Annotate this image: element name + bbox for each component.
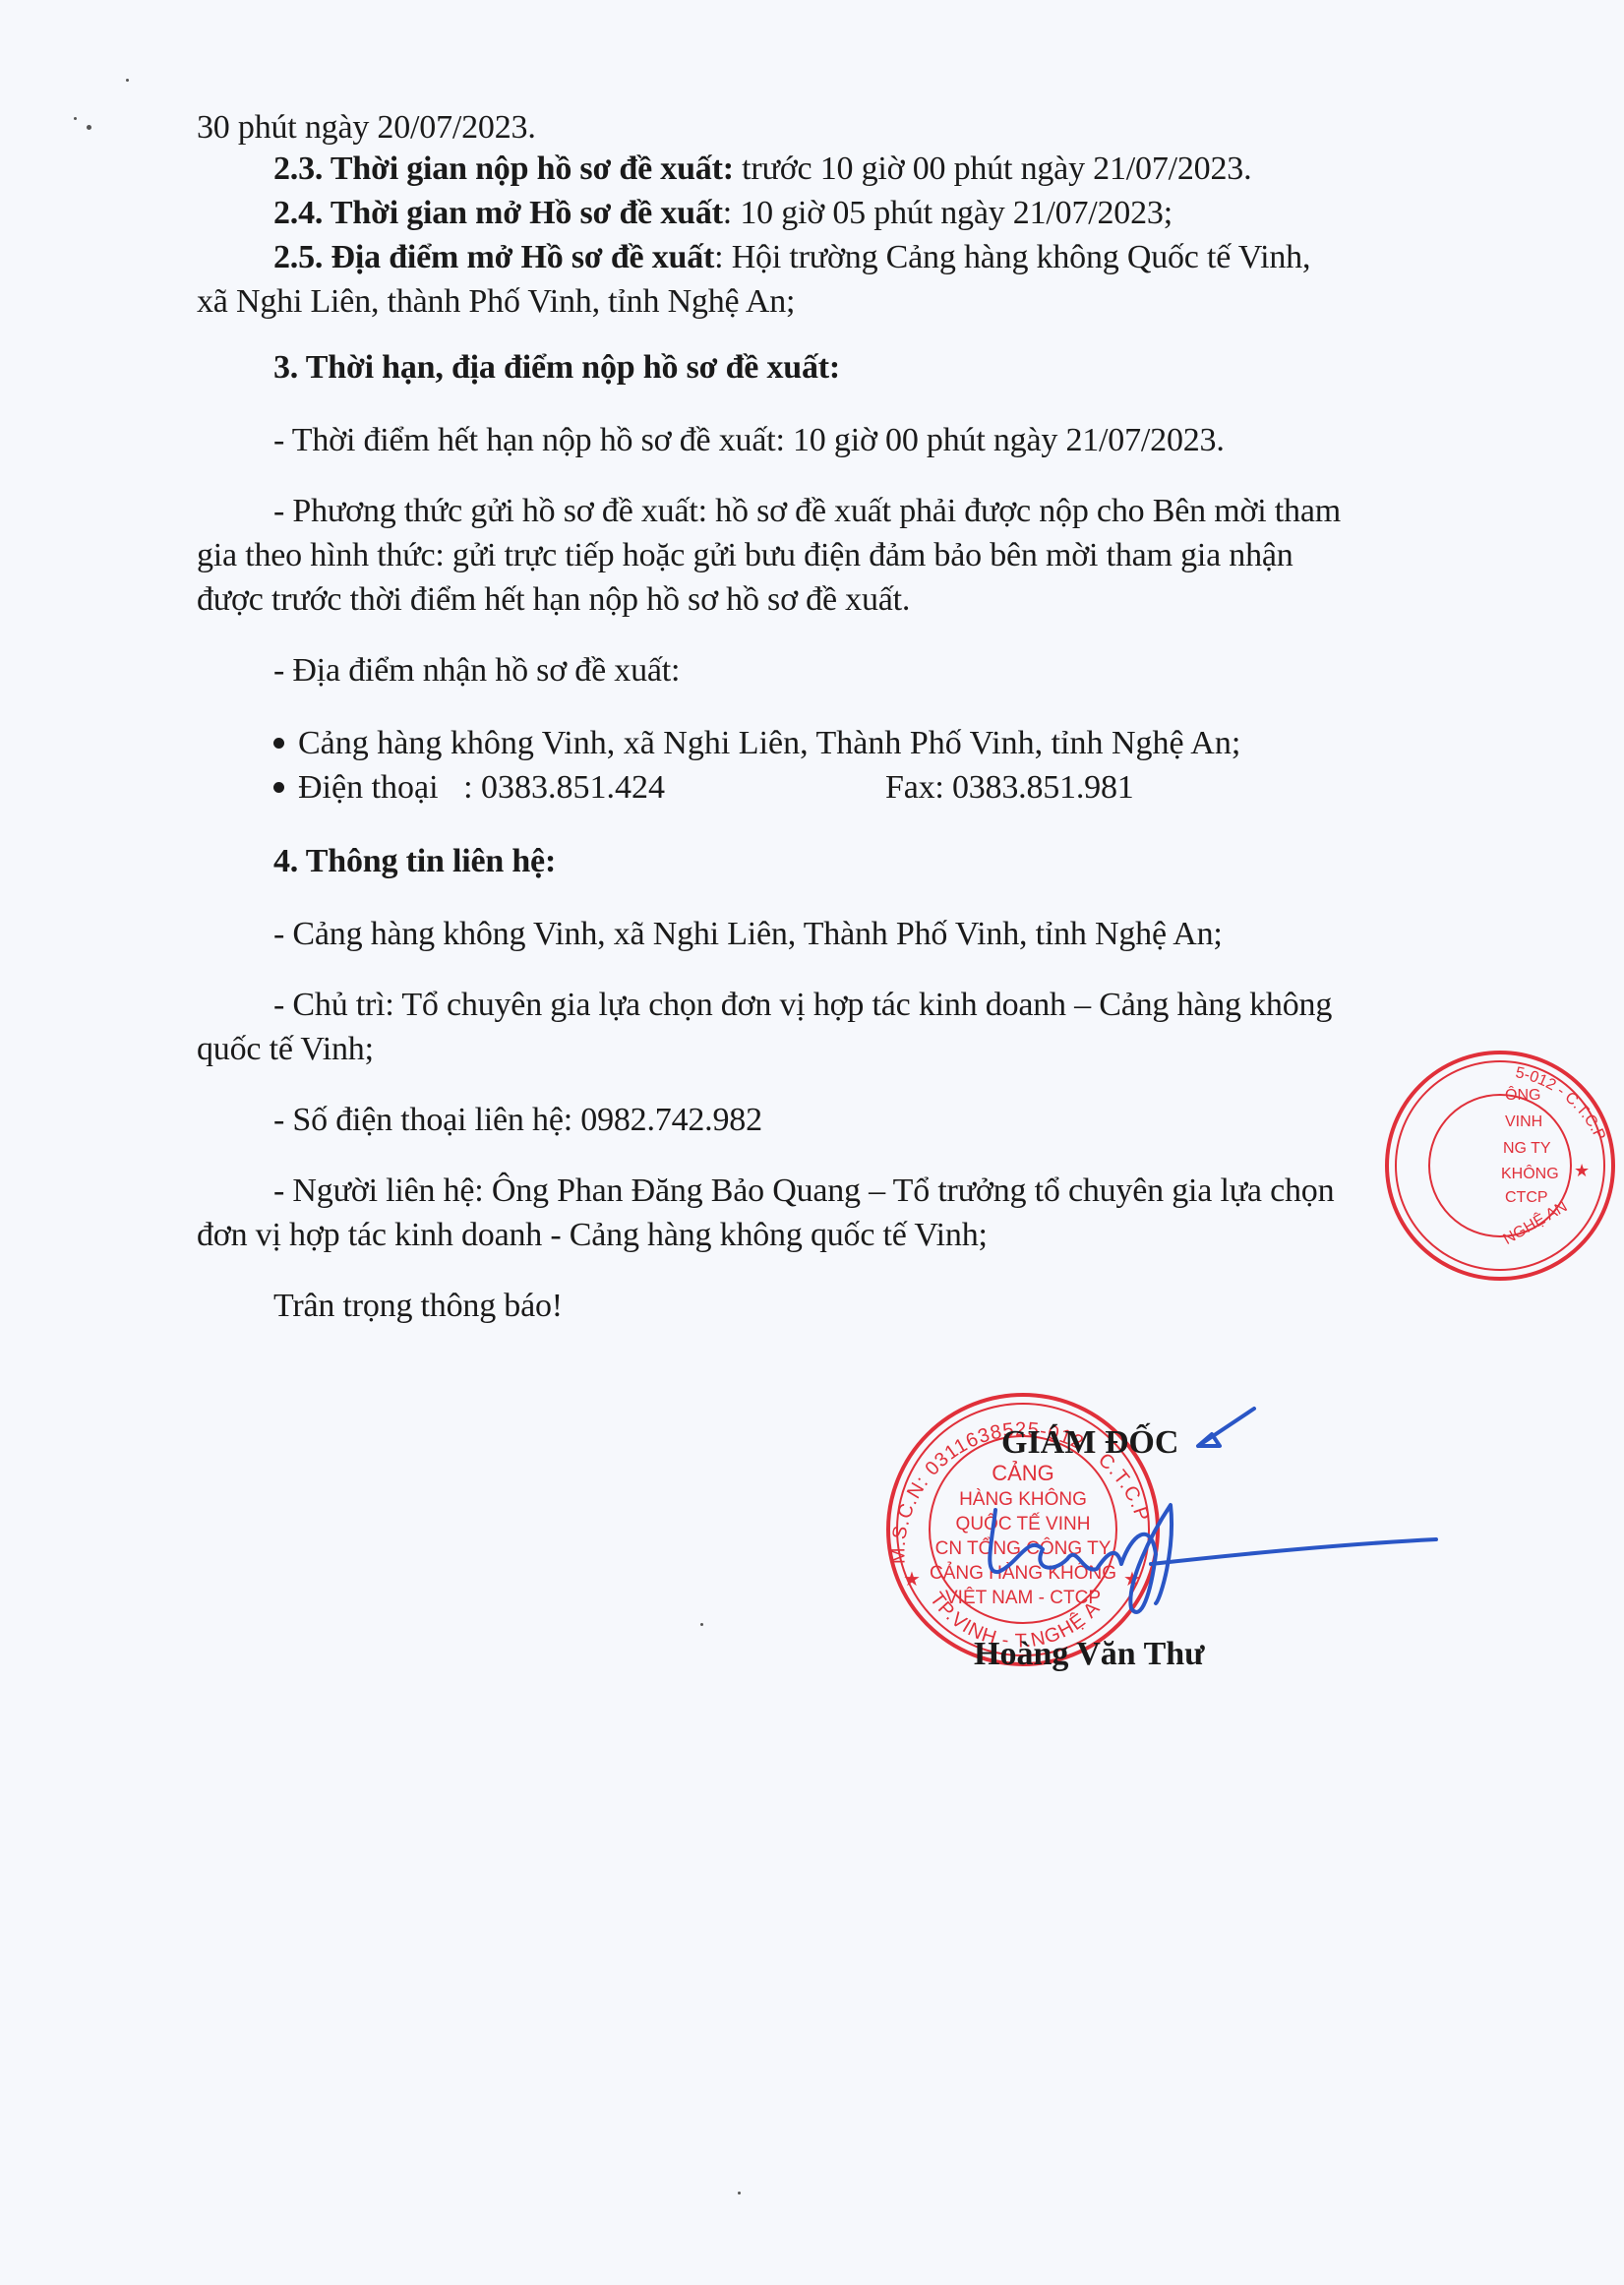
document-page: 30 phút ngày 20/07/2023. 2.3. Thời gian … — [0, 0, 1624, 2285]
scan-speck — [738, 2192, 741, 2195]
scan-speck — [700, 1623, 703, 1626]
handwritten-signature — [0, 0, 1624, 2285]
signer-name: Hoàng Văn Thư — [974, 1636, 1205, 1673]
